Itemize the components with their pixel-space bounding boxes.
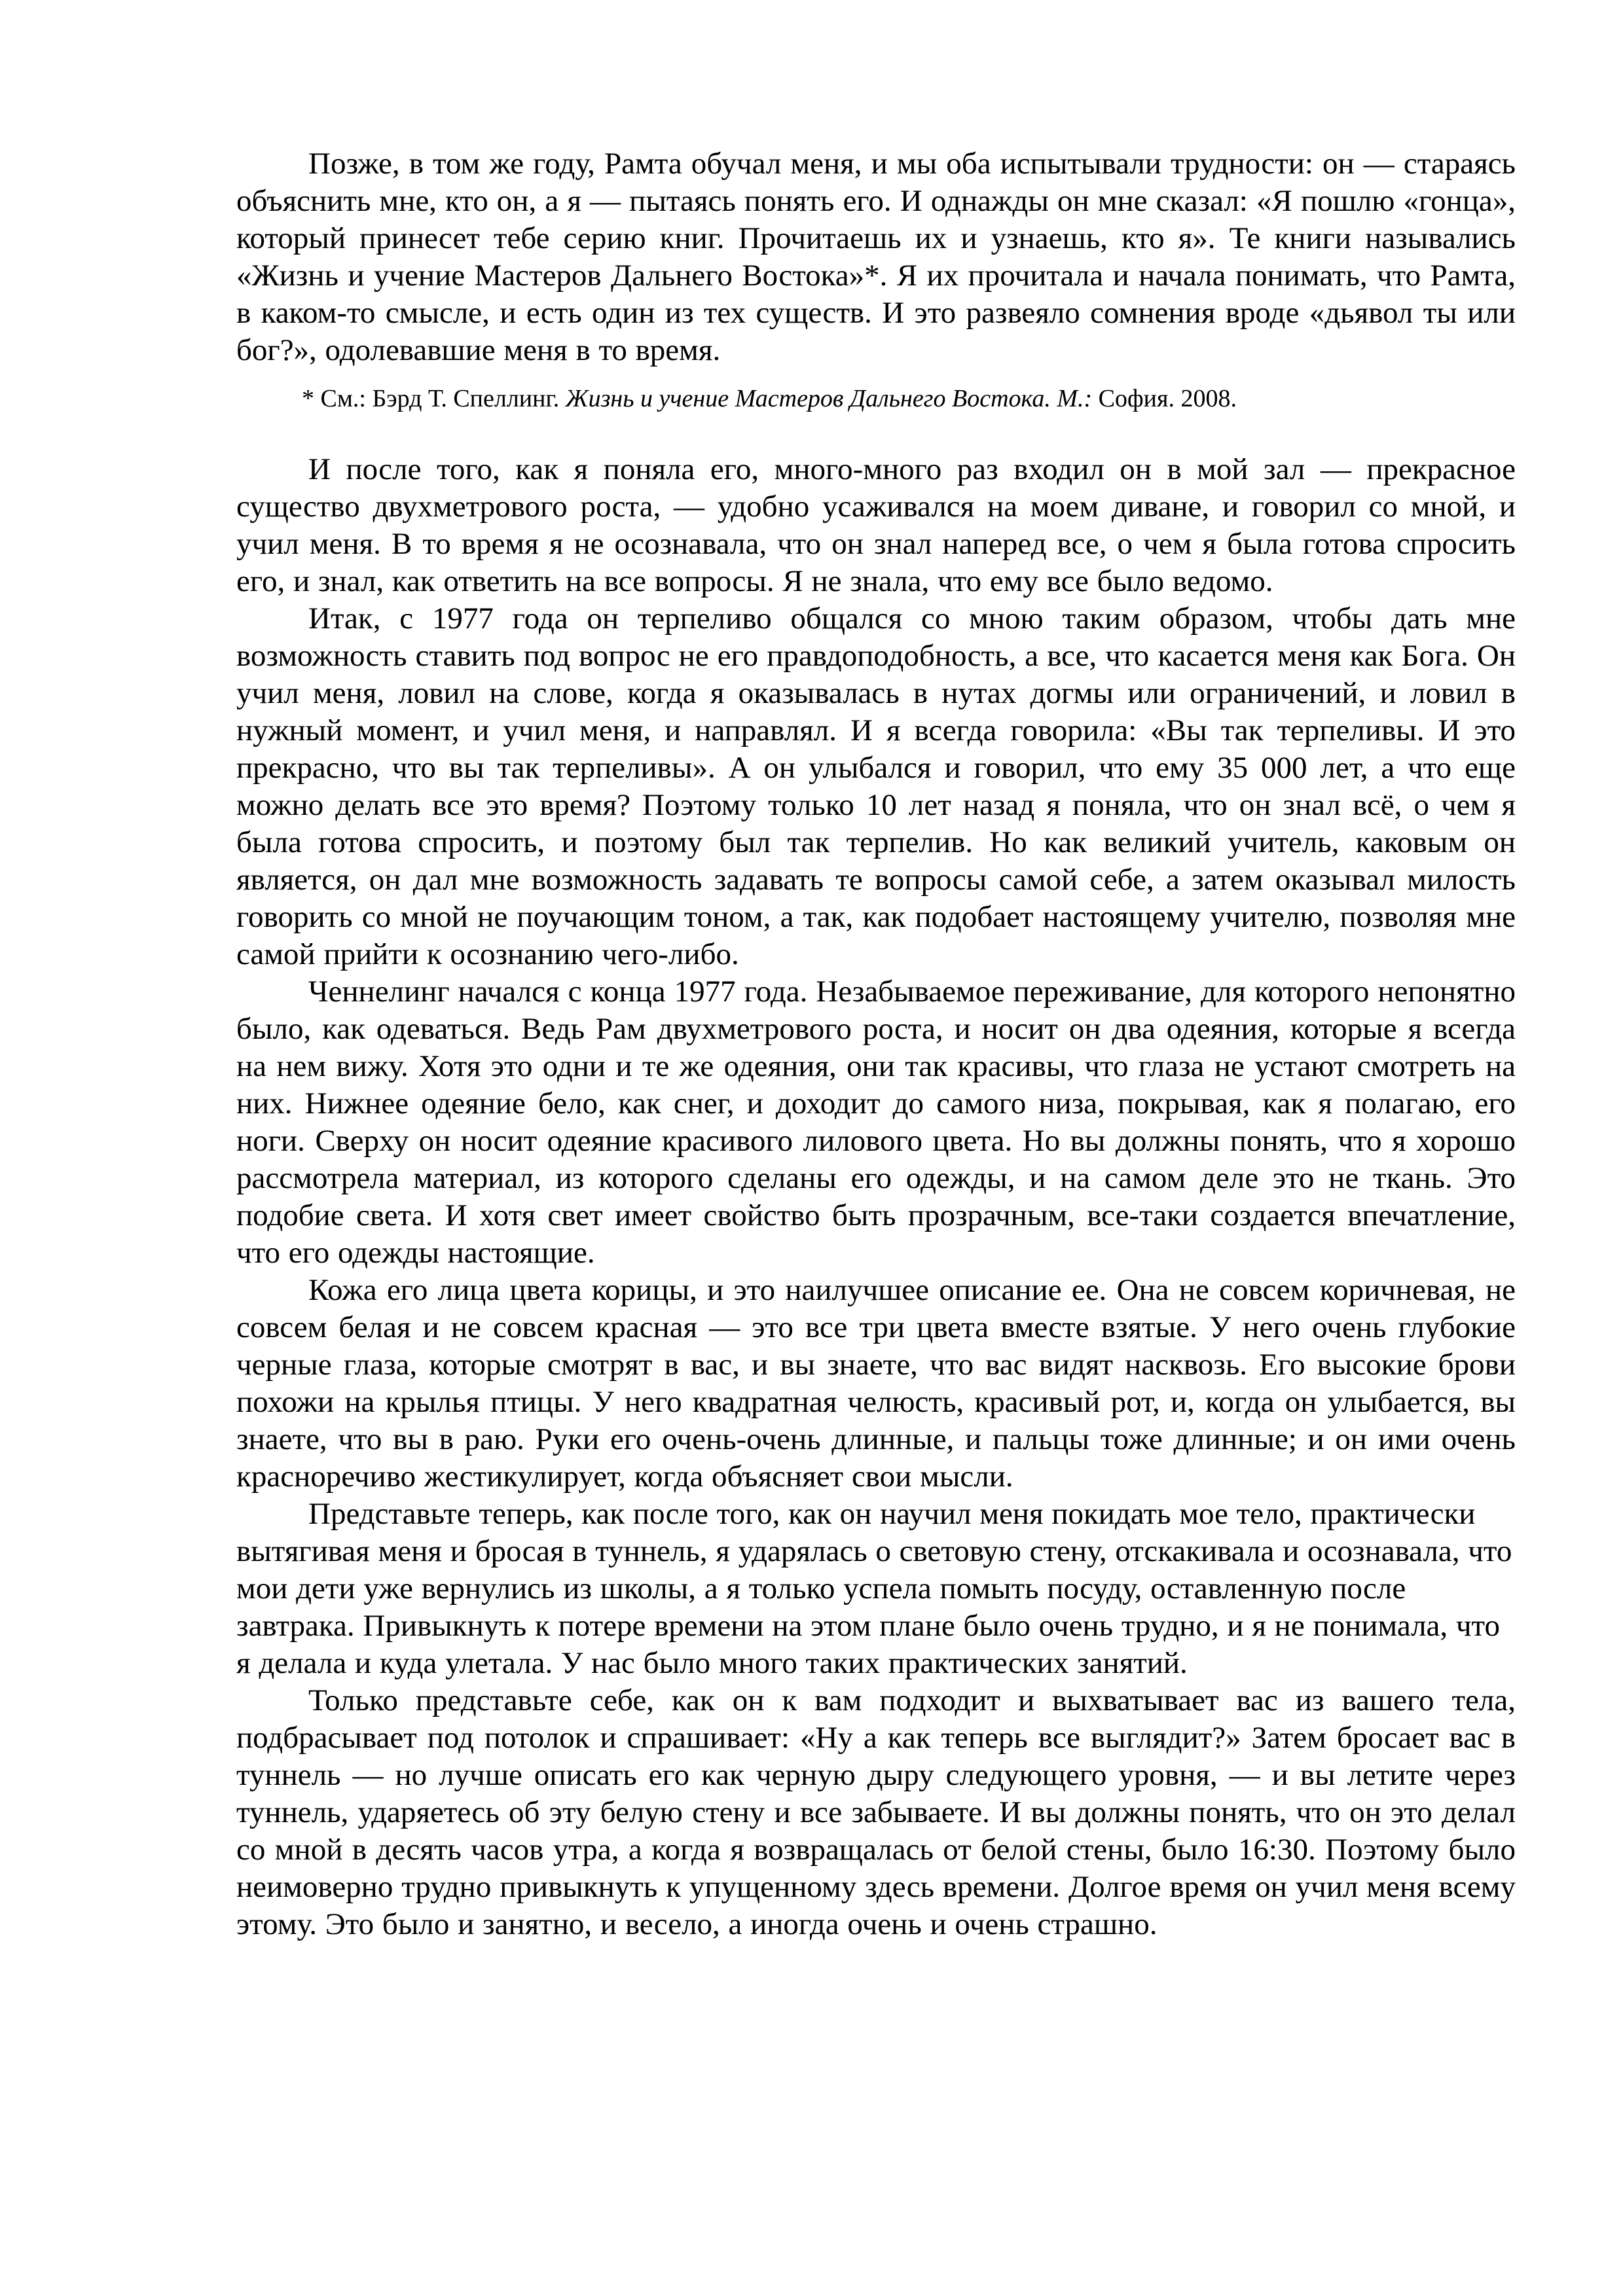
- paragraph-skin-description: Кожа его лица цвета корицы, и это наилуч…: [236, 1272, 1516, 1496]
- document-page: Позже, в том же году, Рамта обучал меня,…: [0, 0, 1623, 2296]
- paragraph-since-1977: Итак, с 1977 года он терпеливо общался с…: [236, 600, 1516, 973]
- paragraph-imagine-now: Представьте теперь, как после того, как …: [236, 1496, 1516, 1682]
- footnote-book-title: Жизнь и учение Мастеров Дальнего Востока…: [566, 385, 1099, 412]
- paragraph-channeling-began: Ченнелинг начался с конца 1977 года. Нез…: [236, 973, 1516, 1272]
- paragraph-just-imagine: Только представьте себе, как он к вам по…: [236, 1682, 1516, 1943]
- paragraph-after-understanding: И после того, как я поняла его, много-мн…: [236, 451, 1516, 600]
- paragraph-later-that-year: Позже, в том же году, Рамта обучал меня,…: [236, 145, 1516, 369]
- footnote-text-start: * См.: Бэрд Т. Спеллинг.: [302, 385, 566, 412]
- footnote-text-end: София. 2008.: [1099, 385, 1237, 412]
- footnote: * См.: Бэрд Т. Спеллинг. Жизнь и учение …: [236, 384, 1516, 414]
